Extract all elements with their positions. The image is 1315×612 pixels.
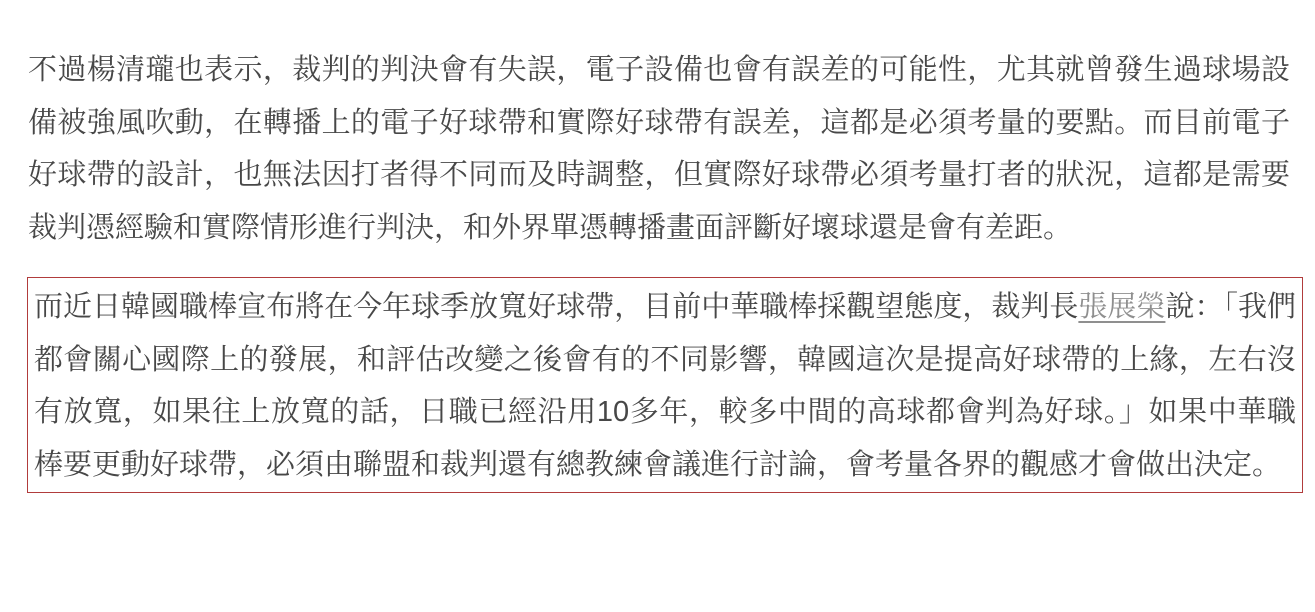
article-body: 不過楊清瓏也表示，裁判的判決會有失誤，電子設備也會有誤差的可能性，尤其就曾發生過… xyxy=(28,44,1290,493)
paragraph-text-before-link: 而近日韓國職棒宣布將在今年球季放寬好球帶，目前中華職棒採觀望態度，裁判長 xyxy=(34,291,1078,323)
paragraph-umpire-comment: 不過楊清瓏也表示，裁判的判決會有失誤，電子設備也會有誤差的可能性，尤其就曾發生過… xyxy=(28,44,1290,254)
highlighted-paragraph-box: 而近日韓國職棒宣布將在今年球季放寬好球帶，目前中華職棒採觀望態度，裁判長張展榮說… xyxy=(27,277,1303,493)
person-link[interactable]: 張展榮 xyxy=(1078,291,1165,323)
